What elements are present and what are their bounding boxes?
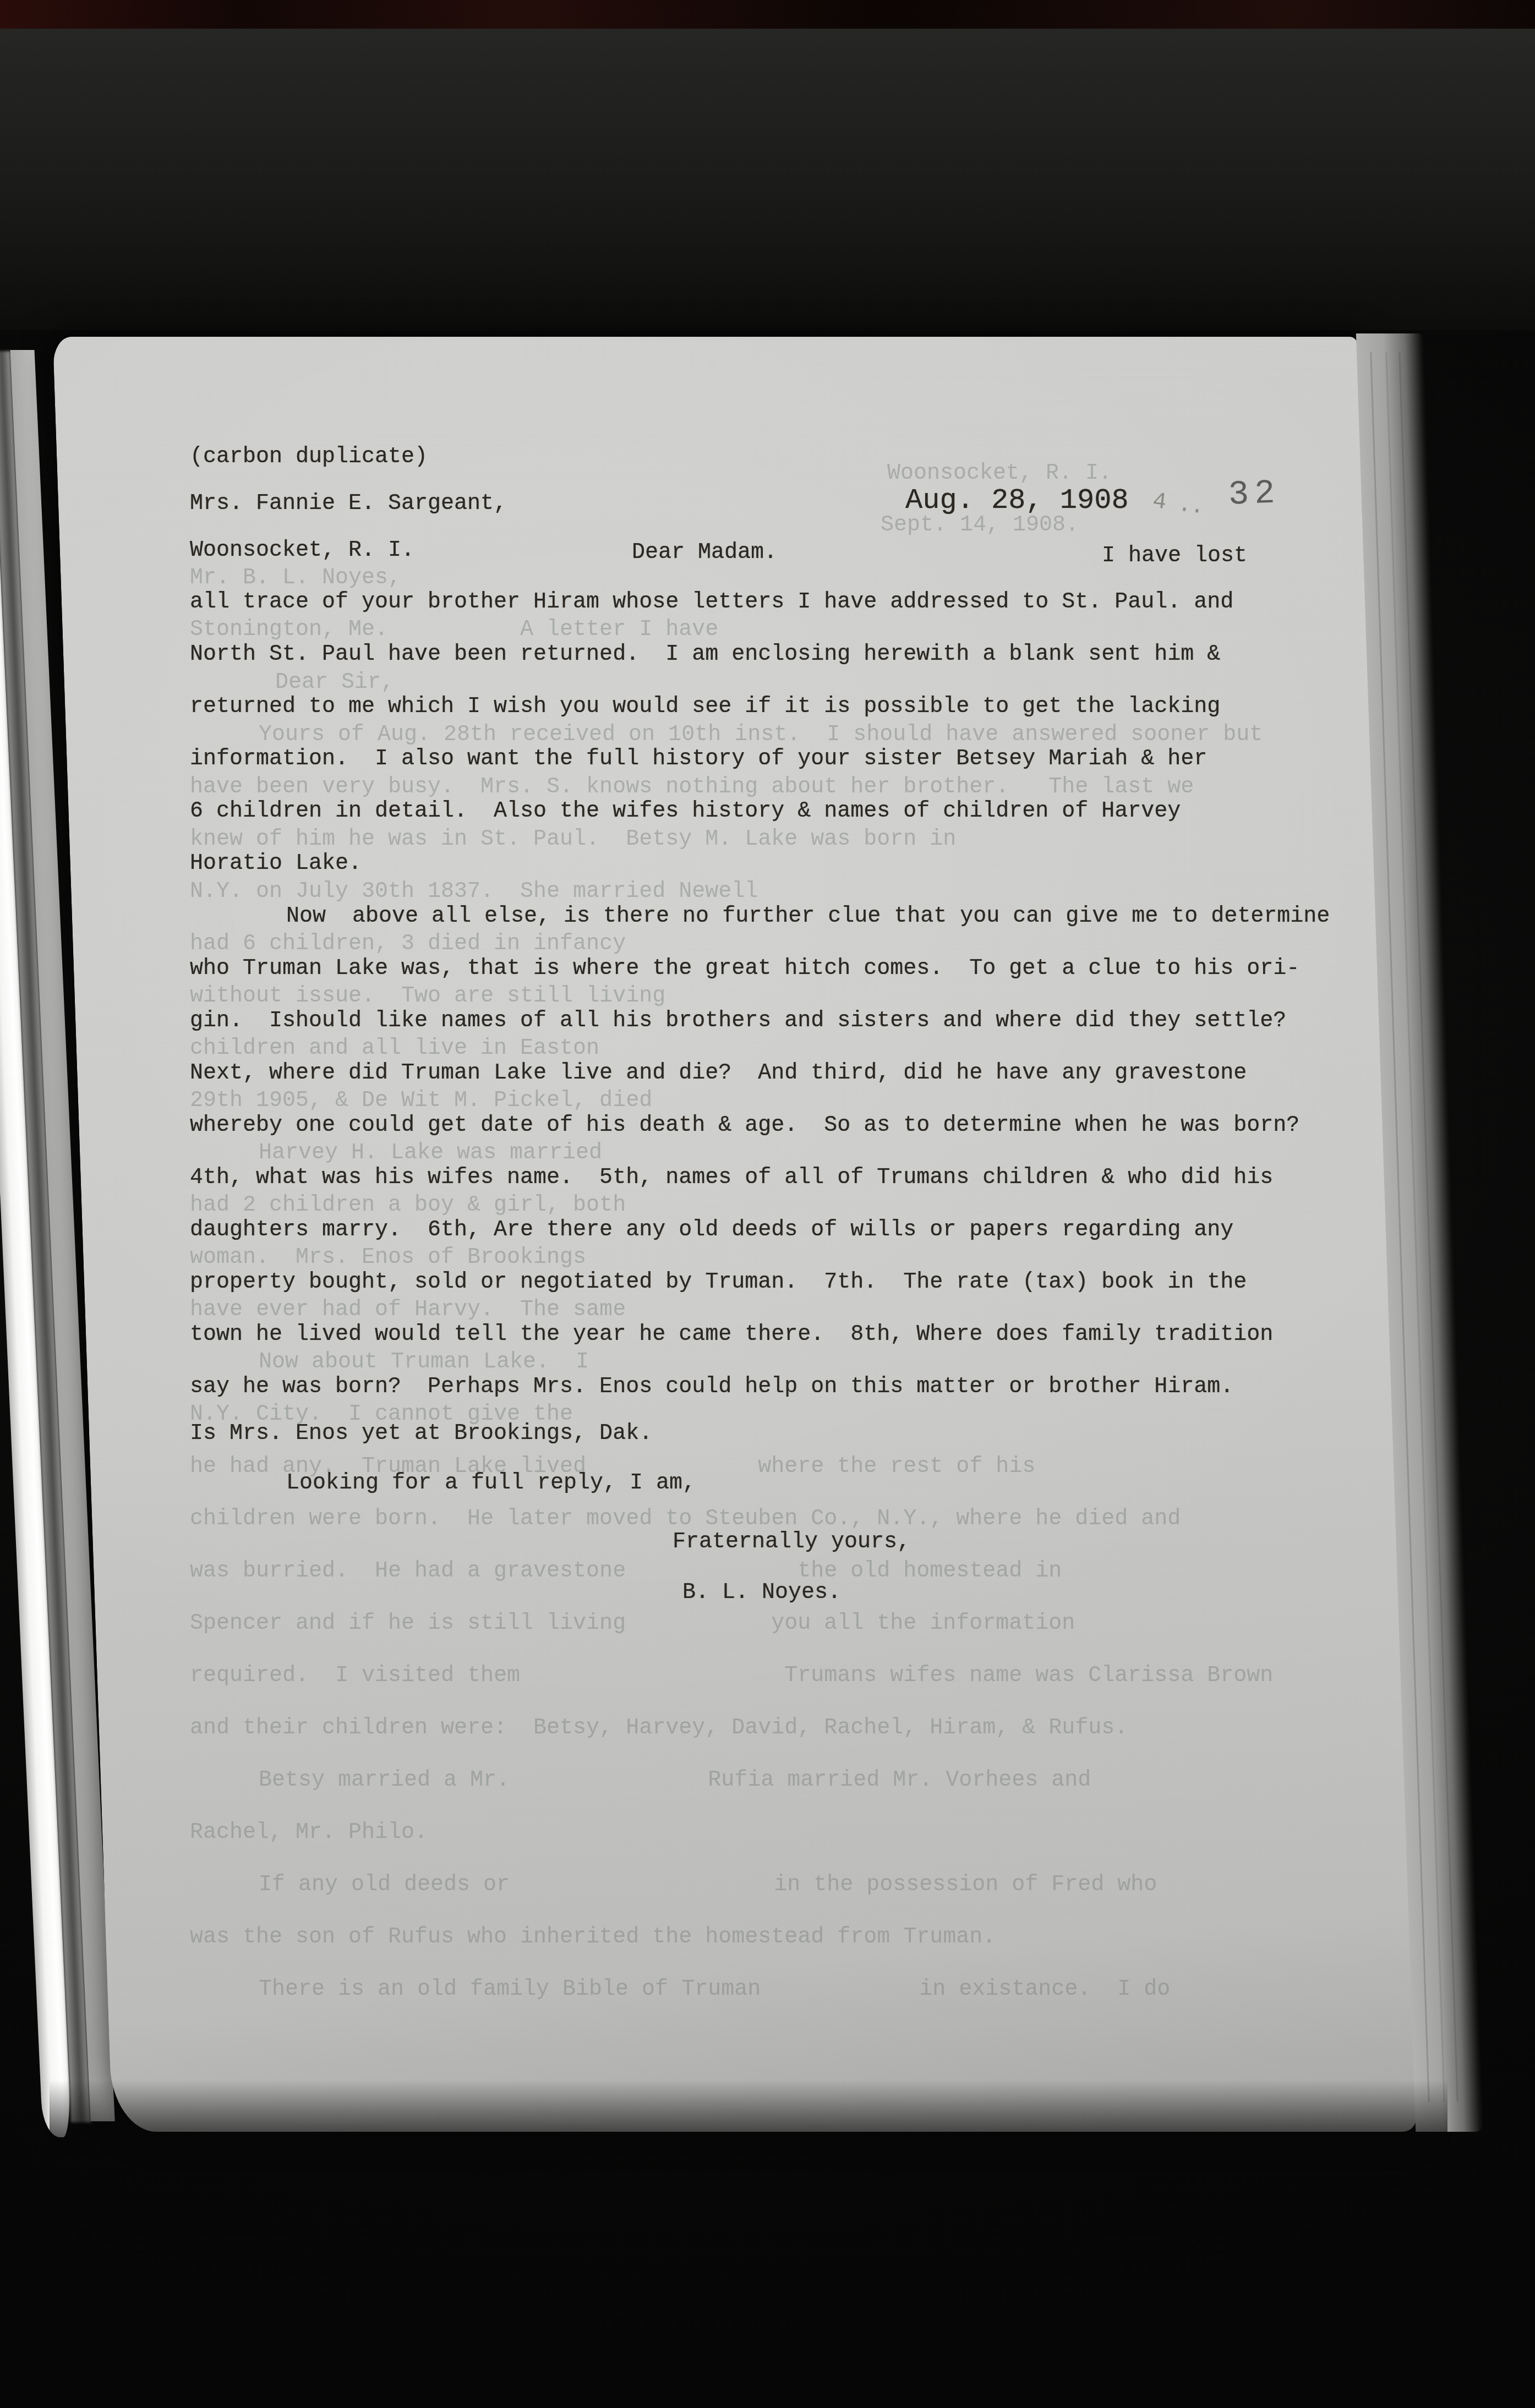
letter-line: say he was born? Perhaps Mrs. Enos could… (190, 1375, 1233, 1399)
pencil-scribble: 4 .. (1151, 488, 1205, 521)
ghost-line: Mr. B. L. Noyes, (190, 566, 401, 590)
letter-line: Next, where did Truman Lake live and die… (190, 1061, 1247, 1086)
ghost-line: Sept. 14, 1908. (881, 513, 1079, 538)
ghost-line: he had any. Truman Lake lived where the … (190, 1454, 1035, 1479)
letter-line: Horatio Lake. (190, 851, 362, 876)
ghost-line: have ever had of Harvy. The same (190, 1298, 626, 1322)
letter-line: daughters marry. 6th, Are there any old … (190, 1218, 1233, 1243)
letter-line: (carbon duplicate) (190, 445, 428, 469)
letter-line: all trace of your brother Hiram whose le… (190, 590, 1233, 615)
letter-line: information. I also want the full histor… (190, 747, 1207, 771)
ghost-line: have been very busy. Mrs. S. knows nothi… (190, 775, 1194, 800)
ghost-line: Dear Sir, (275, 670, 394, 695)
ghost-line: If any old deeds or in the possession of… (259, 1873, 1157, 1897)
ghost-line: Harvey H. Lake was married (259, 1141, 602, 1165)
ghost-line: and their children were: Betsy, Harvey, … (190, 1716, 1128, 1741)
ghost-line: knew of him he was in St. Paul. Betsy M.… (190, 827, 956, 852)
letter-line: 4th, what was his wifes name. 5th, names… (190, 1165, 1273, 1190)
ghost-line: children were born. He later moved to St… (190, 1507, 1181, 1531)
letter-line: North St. Paul have been returned. I am … (190, 642, 1220, 667)
ghost-line: Spencer and if he is still living you al… (190, 1611, 1075, 1636)
letter-line: who Truman Lake was, that is where the g… (190, 956, 1299, 981)
letter-line: returned to me which I wish you would se… (190, 694, 1220, 719)
letter-line: Mrs. Fannie E. Sargeant, (190, 491, 507, 516)
ghost-line: children and all live in Easton (190, 1036, 599, 1061)
letter-line: 6 children in detail. Also the wifes his… (190, 799, 1181, 824)
ghost-line: Betsy married a Mr. Rufia married Mr. Vo… (259, 1768, 1091, 1793)
ghost-line: Yours of Aug. 28th received on 10th inst… (259, 723, 1263, 747)
ghost-line: required. I visited them Trumans wifes n… (190, 1663, 1273, 1688)
ghost-line: Woonsocket, R. I. (887, 461, 1112, 486)
letter-line: Dear Madam. (632, 540, 777, 565)
letter-line: B. L. Noyes. (682, 1580, 841, 1605)
letter-line: whereby one could get date of his death … (190, 1113, 1299, 1138)
letter-line: I have lost (1102, 544, 1247, 568)
letter-line: gin. Ishould like names of all his broth… (190, 1009, 1286, 1033)
ghost-line: had 2 children a boy & girl, both (190, 1193, 626, 1218)
letter-line: Woonsocket, R. I. (190, 538, 414, 563)
ghost-line: had 6 children, 3 died in infancy (190, 932, 626, 956)
letter-line: Aug. 28, 1908 (905, 484, 1129, 517)
ghost-line: woman. Mrs. Enos of Brookings (190, 1245, 586, 1270)
letter-line: Fraternally yours, (673, 1530, 910, 1555)
ghost-line: Rachel, Mr. Philo. (190, 1820, 428, 1845)
ghost-line: Stonington, Me. A letter I have (190, 617, 718, 642)
scanned-book-photo: 4 .. 32 (carbon duplicate)Mrs. Fannie E.… (0, 0, 1535, 2408)
ghost-line: There is an old family Bible of Truman i… (259, 1977, 1170, 2002)
ghost-line: N.Y. City. I cannot give the (190, 1402, 573, 1427)
letter-line: property bought, sold or negotiated by T… (190, 1270, 1247, 1295)
ghost-line: without issue. Two are still living (190, 984, 665, 1009)
ghost-line: Now about Truman Lake. I (259, 1350, 589, 1375)
ghost-line: 29th 1905, & De Wit M. Pickel, died (190, 1088, 652, 1113)
ghost-line: was the son of Rufus who inherited the h… (190, 1925, 996, 1950)
ghost-line: N.Y. on July 30th 1837. She married Newe… (190, 879, 758, 904)
ghost-line: was burried. He had a gravestone the old… (190, 1559, 1062, 1584)
letter-line: Now above all else, is there no further … (286, 904, 1330, 929)
page-number: 32 (1228, 473, 1281, 514)
letter-line: town he lived would tell the year he cam… (190, 1322, 1273, 1347)
letter-text-layer: 4 .. 32 (carbon duplicate)Mrs. Fannie E.… (0, 0, 1535, 2408)
